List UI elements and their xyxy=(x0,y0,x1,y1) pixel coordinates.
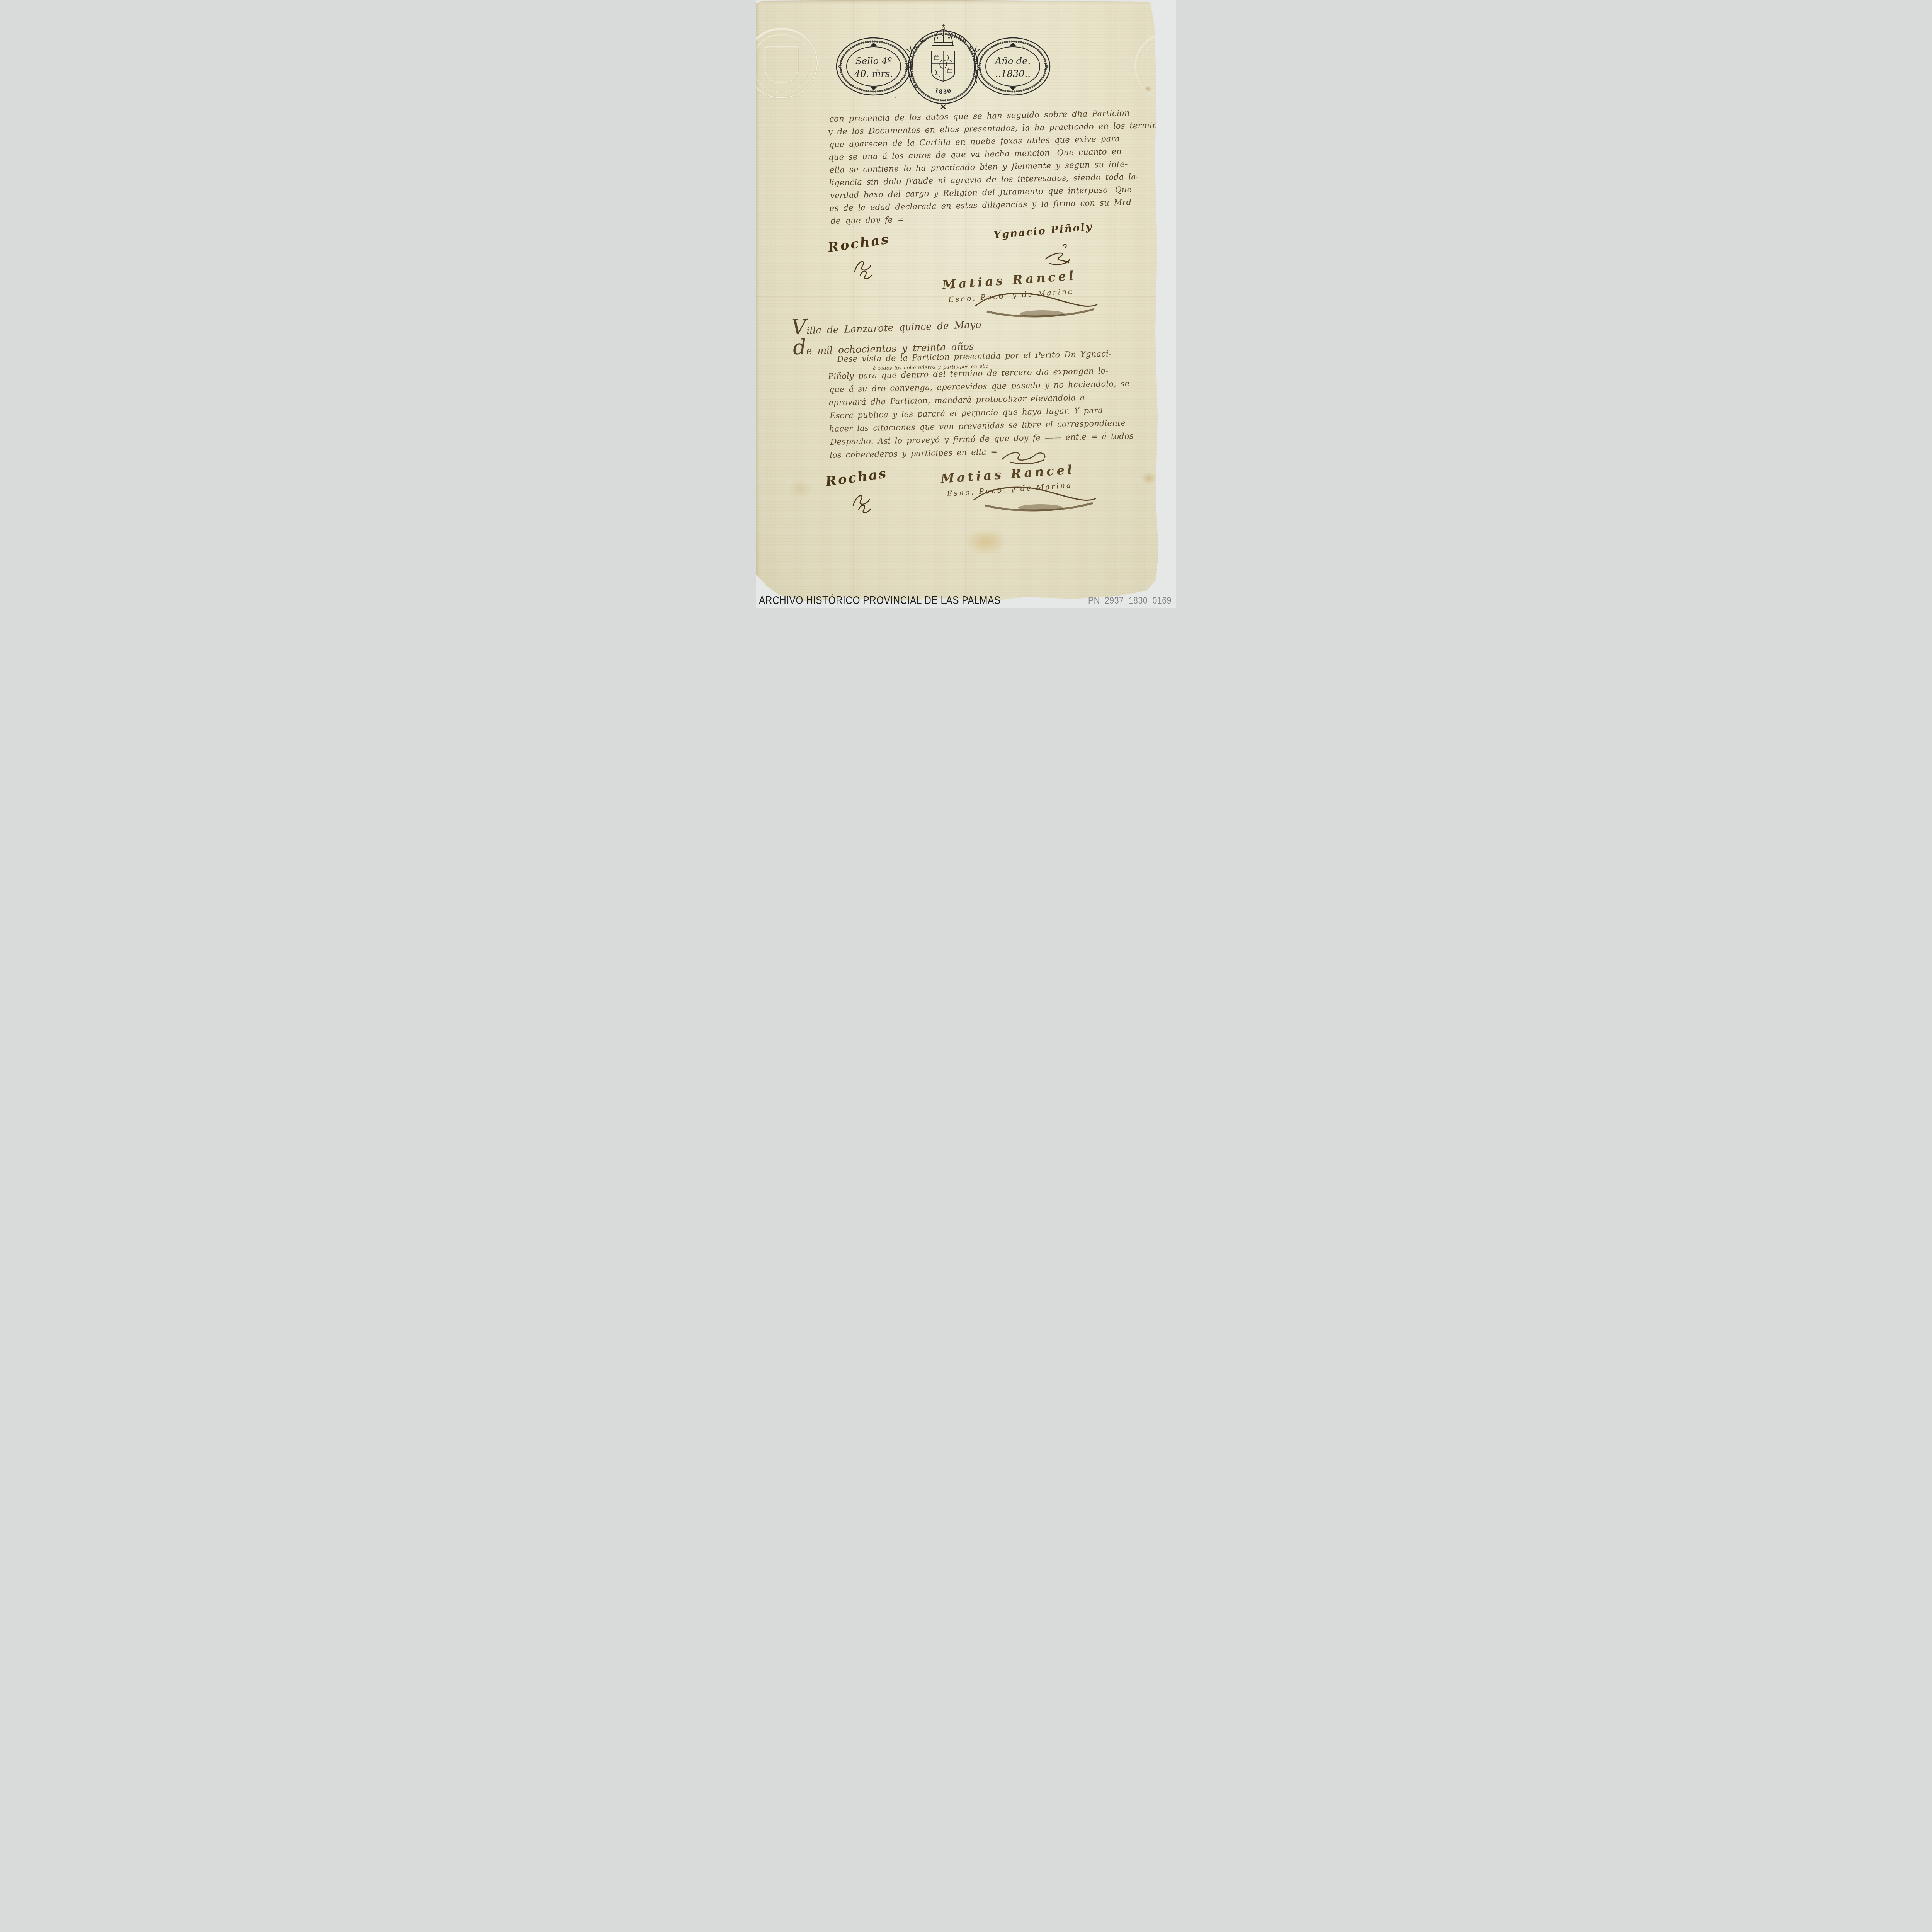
manuscript-line: ella se contiene lo ha practicado bien y… xyxy=(830,159,1128,174)
signature-rancel-upper: Matias Rancel xyxy=(942,268,1077,292)
scanned-document-canvas: Sello 4º 40. m̃rs. Año de. ..1830.. xyxy=(756,0,1176,608)
signature-rancel-title-lower: Esno. Puco. y de Marina xyxy=(947,481,1073,498)
paper-speck xyxy=(852,348,854,349)
paper-speck xyxy=(1077,425,1078,426)
signature-rochas-lower: Rochas xyxy=(825,466,889,490)
svg-text:FERD. VII. D. G.: FERD. VII. D. G. xyxy=(949,32,980,77)
stamp-sello-line1: Sello 4º xyxy=(855,56,892,66)
manuscript-line: que aparecen de la Cartilla en nuebe fox… xyxy=(829,134,1120,149)
manuscript-line: los coherederos y participes en ella = xyxy=(830,447,997,460)
manuscript-line: Piñoly para que dentro del termino de te… xyxy=(828,366,1109,381)
manuscript-line: que á su dro convenga, apercevidos que p… xyxy=(829,379,1130,394)
signature-rochas-upper: Rochas xyxy=(827,231,891,255)
signature-rancel-title-upper: Esno. Puco. y de Marina xyxy=(948,287,1074,304)
stamp-year-line1: Año de. xyxy=(994,56,1031,66)
manuscript-line: aprovará dha Particion, mandará protocol… xyxy=(828,393,1085,407)
paper-stain xyxy=(1138,469,1160,487)
horizontal-fold-crease xyxy=(756,296,1158,297)
embossed-seal-shield xyxy=(765,46,798,83)
stamp-left-oval: Sello 4º 40. m̃rs. xyxy=(837,38,911,95)
paragraph-end-flourish xyxy=(999,447,1049,465)
stamp-legend-left: HISP. ET IND. R. xyxy=(907,36,928,90)
stamp-right-oval: Año de. ..1830.. xyxy=(976,38,1050,95)
embossed-seal-inner-ring xyxy=(1141,39,1176,94)
signature-rubric-perito xyxy=(1042,240,1073,267)
embossed-seal-right xyxy=(1134,32,1176,100)
manuscript-line: es de la edad declarada en estas diligen… xyxy=(830,197,1132,213)
signature-perito: Ygnacio Piñoly xyxy=(993,221,1093,241)
stamp-center-medallion: HISP. ET IND. R. FERD. VII. D. G. 1830 xyxy=(907,24,980,104)
manuscript-paper-sheet: Sello 4º 40. m̃rs. Año de. ..1830.. xyxy=(756,0,1176,608)
archive-name-caption: ARCHIVO HISTÓRICO PROVINCIAL DE LAS PALM… xyxy=(759,594,1000,607)
stamp-year-bottom: 1830 xyxy=(934,88,952,95)
manuscript-line: Dese vista de la Particion presentada po… xyxy=(837,349,1112,364)
paper-stain xyxy=(783,475,818,502)
signature-rancel-lower: Matias Rancel xyxy=(940,462,1075,486)
signature-rubric-rochas-upper xyxy=(851,256,878,279)
signature-rubric-rochas-lower xyxy=(849,490,876,513)
manuscript-line: hacer las citaciones que van prevenidas … xyxy=(829,418,1126,434)
svg-text:HISP. ET IND. R.: HISP. ET IND. R. xyxy=(907,36,928,90)
signature-flourish-rancel-lower xyxy=(969,486,1100,519)
interlined-insertion: á todos los coherederos y participes en … xyxy=(873,364,989,372)
coat-of-arms-shield xyxy=(932,51,955,81)
manuscript-line: Despacho. Asi lo proveyó y firmó de que … xyxy=(830,431,1134,447)
stamp-sello-line2: 40. m̃rs. xyxy=(854,68,893,79)
manuscript-line: con precencia de los autos que se han se… xyxy=(829,108,1130,124)
paper-stain xyxy=(957,522,1015,561)
svg-text:1830: 1830 xyxy=(934,88,952,95)
manuscript-line: verdad baxo del cargo y Religion del Jur… xyxy=(830,185,1132,200)
manuscript-line: ligencia sin dolo fraude ni agravio de l… xyxy=(829,172,1139,187)
embossed-seal-left xyxy=(756,28,818,98)
stamp-year-line2: ..1830.. xyxy=(995,68,1031,79)
signature-flourish-rancel-upper xyxy=(971,292,1102,325)
dateline-line1: Villa de Lanzarote quince de Mayo xyxy=(791,313,981,337)
revenue-stamp: Sello 4º 40. m̃rs. Año de. ..1830.. xyxy=(833,19,1053,110)
stamp-legend-right: FERD. VII. D. G. xyxy=(949,32,980,77)
dateline-line2: de mil ochocientos y treinta años xyxy=(793,335,974,357)
paper-stain xyxy=(1142,84,1154,94)
manuscript-line: Escra publica y les parará el perjuicio … xyxy=(830,406,1103,420)
embossed-seal-inner-ring xyxy=(756,34,811,92)
manuscript-line: que se una á los autos de que va hecha m… xyxy=(828,147,1122,162)
manuscript-line: de que doy fe = xyxy=(830,215,904,226)
document-reference-code: PN_2937_1830_0169_R xyxy=(1088,595,1176,606)
manuscript-line: y de los Documentos en ellos presentados… xyxy=(828,120,1167,136)
